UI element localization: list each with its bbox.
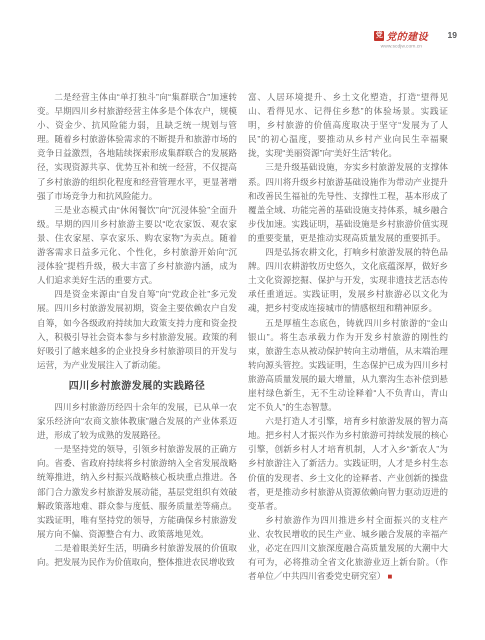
paragraph-operators: 二是经营主体由“单打独斗”向“集群联合”加速转变。早期四川乡村旅游经营主体多是个… bbox=[37, 90, 237, 203]
article-end-icon: ■ bbox=[388, 572, 393, 581]
conclusion-text: 乡村旅游作为四川推进乡村全面振兴的支柱产业、农牧民增收的民生产业、城乡融合发展的… bbox=[248, 515, 448, 581]
paragraph-better-life: 二是着眼美好生活，明确乡村旅游发展的价值取向。把发展为民作为价值取向，整体推进农… bbox=[37, 541, 237, 569]
magazine-website: www.scdjw.com.cn bbox=[381, 43, 422, 49]
left-column: 二是经营主体由“单打独斗”向“集群联合”加速转变。早期四川乡村旅游经营主体多是个… bbox=[37, 90, 237, 584]
paragraph-ecology: 五是厚植生态底色，铸就四川乡村旅游的“金山银山”。将生态承载力作为开发乡村旅游的… bbox=[248, 316, 448, 415]
article-body: 二是经营主体由“单打独斗”向“集群联合”加速转变。早期四川乡村旅游经营主体多是个… bbox=[37, 90, 449, 584]
magazine-logo: 党 党的建设 www.scdjw.com.cn bbox=[368, 28, 435, 52]
page-number: 19 bbox=[448, 30, 457, 40]
page-header: 党 党的建设 www.scdjw.com.cn 19 bbox=[368, 28, 457, 52]
magazine-seal-icon: 党 bbox=[374, 31, 384, 41]
paragraph-intro: 四川乡村旅游历经四十余年的发展，已从单一农家乐经济向“农商文旅体教康”融合发展的… bbox=[37, 400, 237, 442]
paragraph-conclusion: 乡村旅游作为四川推进乡村全面振兴的支柱产业、农牧民增收的民生产业、城乡融合发展的… bbox=[248, 513, 448, 584]
paragraph-business-model: 三是业态模式由“休闲餐饮”向“沉浸体验”全面升级。早期的四川乡村旅游主要以“吃农… bbox=[37, 203, 237, 288]
section-heading: 四川乡村旅游发展的实践路径 bbox=[37, 380, 237, 394]
magazine-page: 党 党的建设 www.scdjw.com.cn 19 二是经营主体由“单打独斗”… bbox=[0, 0, 485, 640]
paragraph-better-life-continued: 富、人居环境提升、乡土文化塑造，打造“望得见山、看得见水、记得住乡愁”的体验场景… bbox=[248, 90, 448, 160]
paragraph-infrastructure: 三是升级基础设施，夯实乡村旅游发展的支撑体系。四川将升级乡村旅游基础设施作为带动… bbox=[248, 160, 448, 245]
magazine-title: 党的建设 bbox=[386, 28, 428, 43]
right-column: 富、人居环境提升、乡土文化塑造，打造“望得见山、看得见水、记得住乡愁”的体验场景… bbox=[248, 90, 448, 584]
paragraph-farming-culture: 四是弘扬农耕文化，打响乡村旅游发展的特色品牌。四川农耕游牧历史悠久，文化底蕴深厚… bbox=[248, 245, 448, 315]
paragraph-talent: 六是打造人才引擎，培育乡村旅游发展的智力高地。把乡村人才振兴作为乡村旅游可持续发… bbox=[248, 414, 448, 513]
paragraph-funding: 四是资金来源由“自发自筹”向“党政企社”多元发展。四川乡村旅游发展初期，资金主要… bbox=[37, 287, 237, 372]
paragraph-party-leadership: 一是坚持党的领导，引领乡村旅游发展的正确方向。省委、省政府持续将乡村旅游纳入全省… bbox=[37, 442, 237, 541]
